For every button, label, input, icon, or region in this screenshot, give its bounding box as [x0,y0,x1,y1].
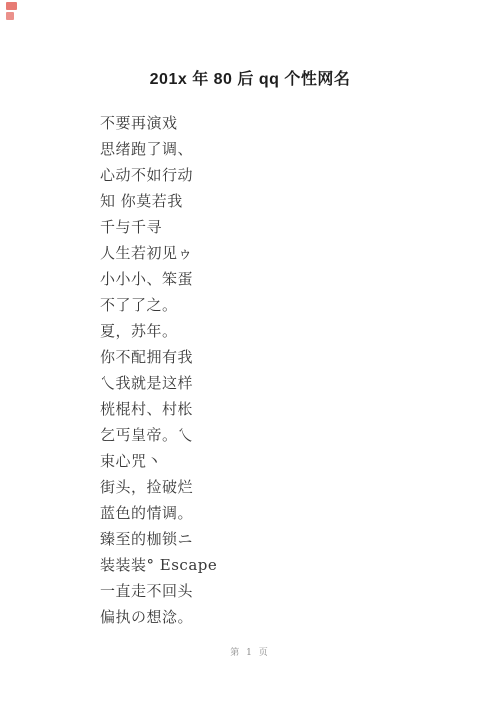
nickname-line: 蓝色的情调。 [100,500,450,526]
nickname-line: 千与千寻 [100,214,450,240]
red-watermark-mark-icon [6,12,14,20]
nickname-line: 不要再演戏 [100,110,450,136]
nickname-list: 不要再演戏思绪跑了调、心动不如行动知 你莫若我千与千寻人生若初见ゥ小小小、笨蛋不… [100,110,450,630]
nickname-line: 臻至的枷锁ニ [100,526,450,552]
nickname-line: 小小小、笨蛋 [100,266,450,292]
nickname-line: 你不配拥有我 [100,344,450,370]
nickname-line: 人生若初见ゥ [100,240,450,266]
nickname-line: 束心咒丶 [100,448,450,474]
nickname-line: 一直走不回头 [100,578,450,604]
nickname-line: 知 你莫若我 [100,188,450,214]
page-title: 201x 年 80 后 qq 个性网名 [0,70,500,90]
nickname-line: 乞丐皇帝。乀 [100,422,450,448]
nickname-line: 桄棍村、村枨 [100,396,450,422]
red-watermark-mark-icon [6,2,17,10]
corner-watermark [6,2,17,20]
nickname-line: 偏执の想淰。 [100,604,450,630]
document-page: 201x 年 80 后 qq 个性网名 不要再演戏思绪跑了调、心动不如行动知 你… [0,0,500,708]
nickname-line: 不了了之。 [100,292,450,318]
page-number: 第 1 页 [0,645,500,658]
nickname-line: 乀我就是这样 [100,370,450,396]
nickname-line: 装装装° Escape [100,552,450,578]
nickname-line: 夏，苏年。 [100,318,450,344]
nickname-line: 心动不如行动 [100,162,450,188]
nickname-line: 街头，捡破烂 [100,474,450,500]
nickname-line: 思绪跑了调、 [100,136,450,162]
